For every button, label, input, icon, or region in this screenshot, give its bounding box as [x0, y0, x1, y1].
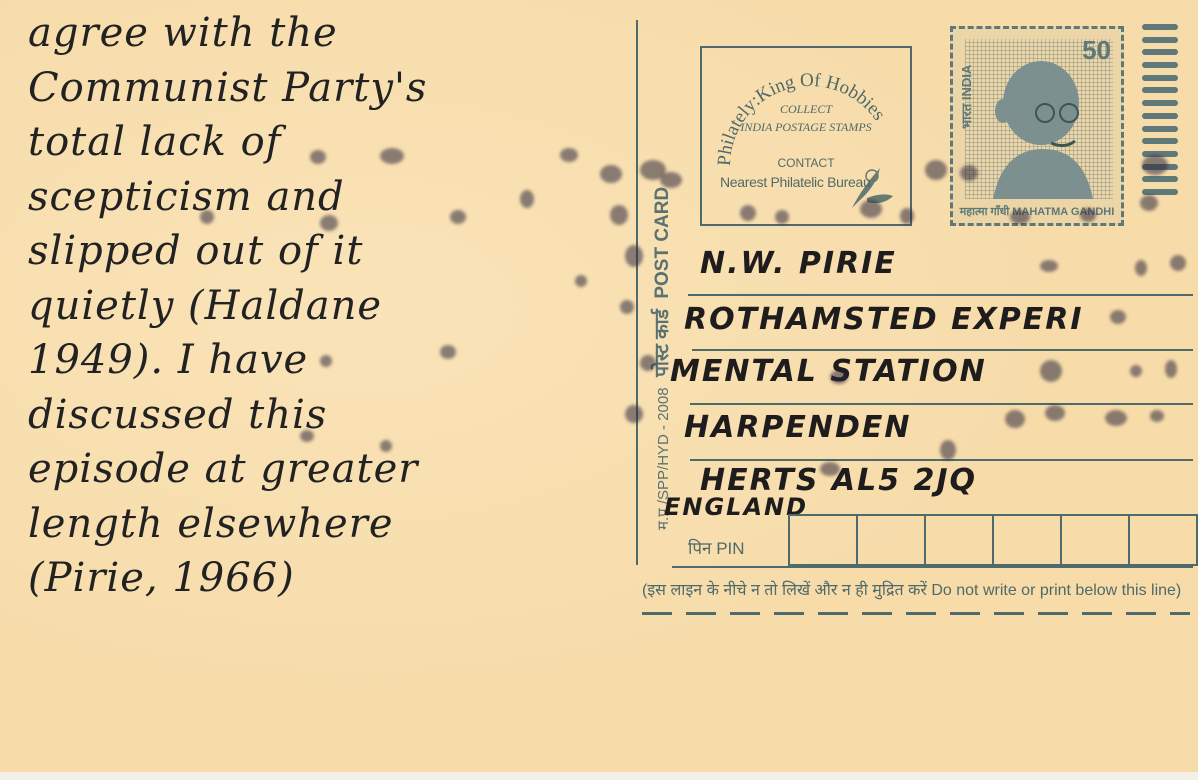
message-line: slipped out of it: [28, 224, 427, 279]
message-line: scepticism and: [28, 170, 427, 225]
stamps-line: INDIA POSTAGE STAMPS: [702, 118, 910, 136]
address-country: ENGLAND: [664, 493, 808, 521]
postage-stamp: 50 भारत INDIA महात्मा गाँधी MAHATMA GAND…: [950, 26, 1124, 226]
stamp-value: 50: [1082, 35, 1111, 66]
pin-box: [790, 516, 858, 564]
message-line: (Pirie, 1966): [28, 551, 427, 606]
message-line: length elsewhere: [28, 497, 427, 552]
address-rule: [690, 459, 1193, 461]
philately-promo-box: Philately:King Of Hobbies COLLECT INDIA …: [700, 46, 912, 226]
address-rule: [690, 403, 1193, 405]
contact-text: CONTACT: [702, 156, 910, 170]
pin-box: [994, 516, 1062, 564]
address-name: N.W. PIRIE: [700, 246, 897, 281]
gandhi-portrait-icon: [983, 51, 1103, 199]
handwritten-message: agree with the Communist Party's total l…: [28, 6, 427, 606]
pin-label: पिन PIN: [688, 536, 745, 559]
center-divider: [636, 20, 638, 565]
stamp-country: भारत INDIA: [957, 65, 975, 129]
address-line-1: ROTHAMSTED EXPERI: [684, 302, 1084, 337]
address-city: HARPENDEN: [684, 410, 912, 445]
message-line: episode at greater: [28, 442, 427, 497]
message-line: quietly (Haldane: [28, 279, 427, 334]
pin-box: [1062, 516, 1130, 564]
message-line: Communist Party's: [28, 61, 427, 116]
post-card-english: POST CARD: [652, 187, 673, 299]
message-line: discussed this: [28, 388, 427, 443]
dashed-line: [642, 612, 1190, 615]
pin-box: [926, 516, 994, 564]
bureau-text: Nearest Philatelic Bureau: [720, 174, 870, 190]
address-line-2: MENTAL STATION: [670, 354, 987, 389]
message-line: total lack of: [28, 115, 427, 170]
stamp-caption: महात्मा गाँधी MAHATMA GANDHI: [953, 204, 1121, 219]
address-rule: [692, 349, 1193, 351]
address-rule: [672, 566, 1193, 568]
pin-box: [1130, 516, 1196, 564]
collect-text: COLLECT INDIA POSTAGE STAMPS: [702, 100, 910, 136]
address-rule: [688, 294, 1193, 296]
pin-code-boxes: [788, 514, 1198, 566]
cancellation-bars: [1142, 24, 1178, 202]
arc-text-icon: Philately:King Of Hobbies: [702, 48, 914, 228]
postcard: agree with the Communist Party's total l…: [0, 0, 1198, 772]
message-line: 1949). I have: [28, 333, 427, 388]
do-not-write-notice: (इस लाइन के नीचे न तो लिखें और न ही मुद्…: [642, 578, 1181, 600]
collect-line: COLLECT: [702, 100, 910, 118]
pin-box: [858, 516, 926, 564]
message-line: agree with the: [28, 6, 427, 61]
